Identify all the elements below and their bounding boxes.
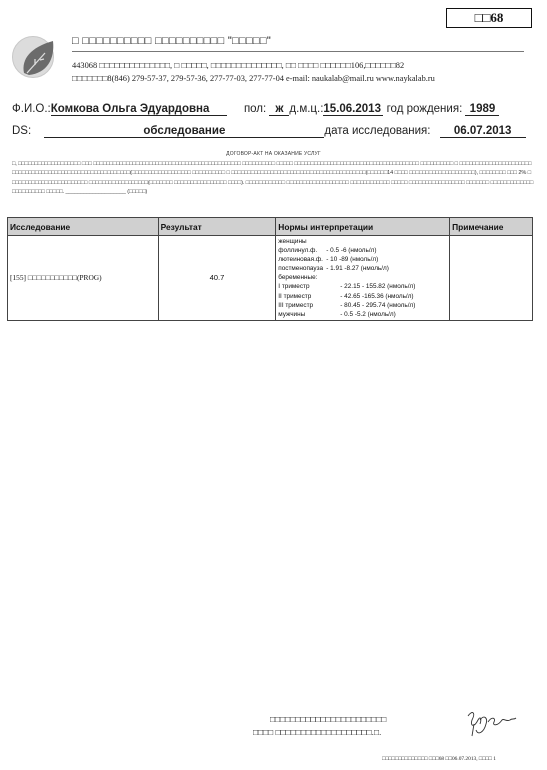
patient-sex: ж [269,103,289,116]
norm-label: II триместр [278,292,340,301]
header-result: Результат [158,218,276,236]
order-number: □□68 [446,8,532,28]
table-header-row: Исследование Результат Нормы интерпретац… [8,218,533,236]
sex-label: пол: [244,103,266,115]
study-norms: женщиныфоллинул.ф.- 0.5 -6 (нмоль/л)люте… [276,236,450,321]
norm-label: III триместр [278,301,340,310]
study-name: [155] □□□□□□□□□□□(PROG) [8,236,159,321]
patient-birth-year: 1989 [465,103,499,116]
signer-title: □□□□□□□□□□□□□□□□□□□□□□□ [270,714,386,724]
table-row: [155] □□□□□□□□□□□(PROG) 40.7 женщиныфолл… [8,236,533,321]
norm-label: мужчины [278,310,340,319]
norm-range: - 0.5 -5.2 (нмоль/л) [340,310,396,319]
norm-line: III триместр- 80.45 - 295.74 (нмоль/л) [278,301,447,310]
header-norms: Нормы интерпретации [276,218,450,236]
organization-contacts: □□□□□□□8(846) 279-57-37, 279-57-36, 277-… [72,74,435,83]
norm-line: лютеиновая.ф.- 10 -89 (нмоль/л) [278,255,447,264]
page-footer: □□□□□□□□□□□□□□ □□□68 □□06.07.2013, □□□□ … [382,756,496,762]
dmc-label: д.м.ц.: [289,103,323,115]
birth-year-label: год рождения: [387,103,463,115]
norm-line: II триместр- 42.65 -165.36 (нмоль/л) [278,292,447,301]
norm-range: - 0.5 -6 (нмоль/л) [326,246,376,255]
norm-range: - 22.15 - 155.82 (нмоль/л) [340,282,415,291]
norm-label: женщины [278,237,306,246]
norm-line: беременные: [278,273,447,282]
norm-line: фоллинул.ф.- 0.5 -6 (нмоль/л) [278,246,447,255]
norm-label: постменопауза [278,264,326,273]
leaf-logo-icon [12,36,54,78]
patient-info-row: Ф.И.О.:Комкова Ольга Эдуардовна пол: жд.… [12,103,499,116]
norm-label: фоллинул.ф. [278,246,326,255]
diagnosis-row: DS: обследованиедата исследования: 06.07… [12,125,526,138]
norm-line: постменопауза- 1.91 -8.27 (нмоль/л) [278,264,447,273]
norm-label: лютеиновая.ф. [278,255,326,264]
header-note: Примечание [450,218,533,236]
norm-line: мужчины- 0.5 -5.2 (нмоль/л) [278,310,447,319]
organization-name: □ □□□□□□□□□□ □□□□□□□□□□ "□□□□□" [72,35,271,47]
fio-label: Ф.И.О.: [12,103,51,115]
norm-label: беременные: [278,273,317,282]
norm-line: I триместр- 22.15 - 155.82 (нмоль/л) [278,282,447,291]
study-result: 40.7 [158,236,276,321]
contract-body: □, □□□□□□□□□□□□□□□□□□□ □□□ □□□□□□□□□□□□□… [12,160,534,198]
ds-label: DS: [12,125,31,137]
organization-address: 443068 □□□□□□□□□□□□□□, □ □□□□□, □□□□□□□□… [72,61,404,70]
norm-range: - 42.65 -165.36 (нмоль/л) [340,292,413,301]
header-study: Исследование [8,218,159,236]
results-table: Исследование Результат Нормы интерпретац… [7,217,533,321]
header-divider [72,51,524,52]
study-date-label: дата исследования: [324,125,430,137]
norm-range: - 10 -89 (нмоль/л) [326,255,378,264]
signature-image [462,706,522,747]
norm-label: I триместр [278,282,340,291]
norm-line: женщины [278,237,447,246]
patient-name: Комкова Ольга Эдуардовна [51,103,227,116]
norm-range: - 1.91 -8.27 (нмоль/л) [326,264,389,273]
signer-name: □□□□ □□□□□□□□□□□□□□□□□□□.□. [253,727,381,737]
study-note [450,236,533,321]
norm-range: - 80.45 - 295.74 (нмоль/л) [340,301,415,310]
study-date-value: 06.07.2013 [440,125,526,138]
patient-dmc: 15.06.2013 [323,103,383,116]
contract-title: ДОГОВОР-АКТ НА ОКАЗАНИЕ УСЛУГ [0,151,547,157]
diagnosis-value: обследование [44,125,324,138]
